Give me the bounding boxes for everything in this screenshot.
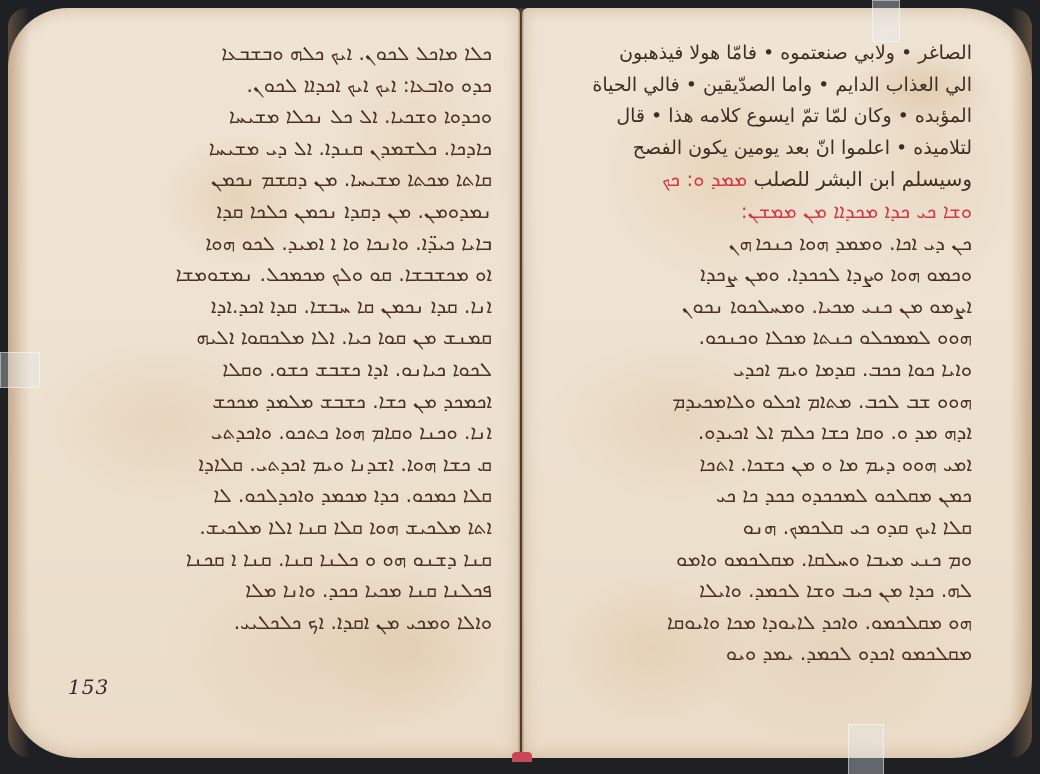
text-line: ܦܟܠܢܐ ܩܢܐ ܡܟܝܐ ܟܟܕ. ܘܐܢܐ ܡܠܐ [112, 575, 492, 607]
arabic-text-line: لتلاميذه • اعلموا انّ بعد يومين يكون الف… [556, 133, 972, 165]
book-gutter [518, 8, 524, 758]
text-line: ܐܡܝ ܗܘܘ ܕܝܡ ܡܐ ܘ ܡܢ ܟܫܟܐ. ܐܬܟܐ [556, 449, 972, 481]
text-line: ܢܡܕܘܡܢ. ܡܢ ܕܩܕܐ ܢܟܡܢ ܟܠܟܐ ܩܕܐ [112, 196, 492, 228]
text-line: ܘܟܡܘ ܗܘܐ ܘܨܕܐ ܠܟܟܕܐ. ܘܡܢ ܨܟܕܐ [556, 259, 972, 291]
text-line: ܟܠܐ ܡܐܟܠ ܠܟܘܢ. ܐܝܟ ܟܠܗ ܘܒܫܒܥܐ [112, 38, 492, 70]
text-line-with-red-punctuation: ܠܟܘܐ ܟܝܐܢܘ. ܐܕܐ ܟܫܒܫ ܟܫܘ. ܘܩܠܐ [112, 354, 492, 386]
text-line: ܐܟܡܟܕ ܡܢ ܟܫܐ. ܟܫܒܫ ܡܠܡܕ ܡܟܟܫ [112, 386, 492, 418]
text-line: ܐܢܐ. ܘܟܢܐ ܘܩܐܡ ܗܘܐ ܟܬܟܘ. ܘܐܟܕܬܝ [112, 417, 492, 449]
text-line: ܗܘܘ ܠܡܡܟܠܘ ܟܢܬܐ ܡܟܠܐ ܘܟܢܟܘ. [556, 322, 972, 354]
rubric-line: ܘܫܐ ܟܝ ܟܕܐ ܡܟܕܐܐ ܡܢ ܡܡܫܢ: [556, 196, 972, 228]
text-line: ܩܠܐ ܟܡܟܘ. ܟܕܐ ܡܟܡܕ ܘܐܟܕܠܟܘ. ܠܐ [112, 480, 492, 512]
text-line: ܒܐܝܐ ܟܝܕ̈ܐ. ܘܐܢܟܐ ܘܐ ܐ ܐܡܝܕ. ܠܟܘ ܗܘܐ [112, 228, 492, 260]
text-line: ܘܐܠܐ ܘܡܟܝ ܡܢ ܐܩܕܐ. ܐܟ ܟܠܟܠܝܝ. [112, 607, 492, 639]
page-clip [872, 0, 900, 42]
text-line: ܡܩܠܟܡܘ ܐܟܕܘ ܠܟܡܕ. ܝܡܕ ܘܝܘ [556, 638, 972, 670]
right-page-text: الصاغر • ولابي صنعتموه • فامّا هولا فيذه… [556, 38, 972, 670]
text-line: ܐܢܐ. ܩܕܐ ܢܟܡܢ ܩܐ ܚܒܫܐ. ܩܕܐ ܐܟܕ.ܐܕܐ [112, 291, 492, 323]
text-line: ܠܗ. ܟܕܐ ܡܢ ܟܝܒ ܘܫܐ ܠܟܡܕ. ܘܐܝܠܐ [556, 575, 972, 607]
text-line: ܗܘܘ ܫܒ ܠܟܒ. ܡܬܐܡ ܐܟܠܘ ܘܠܐܡܟܝܕܡ [556, 386, 972, 418]
text-line: ܩܠܐ ܐܝܟ ܩܕܘ ܟܝ ܩܠܟܡܟ. ܗܢܘ [556, 512, 972, 544]
text-line: ܐܘ ܡܟܫܒܫܐ. ܩܘ ܘܠܟ ܡܟܡܟܠ. ܢܡܫܘܡܫܐ [112, 259, 492, 291]
page-clip [0, 352, 40, 388]
arabic-text-line: الي العذاب الدايم • واما الصدّيقين • فال… [556, 70, 972, 102]
open-manuscript: ܟܠܐ ܡܐܟܠ ܠܟܘܢ. ܐܝܟ ܟܠܗ ܘܒܫܒܥܐ ܟܕܘ ܘܐܒܥܐ:… [0, 0, 1040, 774]
arabic-text: وسيسلم ابن البشر للصلب [753, 167, 972, 191]
text-line: ܩܢܐ ܕܫܢܘ ܗܘ ܘ ܟܠܢܐ ܩܢܐ. ܩܢܐ ܐ ܩܟܢܐ [112, 544, 492, 576]
text-line: ܘܐܝܐ ܟܘܐ ܟܟܒ. ܩܕܡܐ ܘܝܡ ܐܟܕܝ [556, 354, 972, 386]
left-page-text: ܟܠܐ ܡܐܟܠ ܠܟܘܢ. ܐܝܟ ܟܠܗ ܘܒܫܒܥܐ ܟܕܘ ܘܐܒܥܐ:… [112, 38, 492, 638]
text-line: ܐܨܡܘ ܡܢ ܟܢܝ ܡܟܝܐ. ܘܡܚܠܟܘܐ ܢܟܘܢ [556, 291, 972, 323]
text-line: ܩܐܬܐ ܡܟܬܐ ܡܫܝܚܐ. ܡܢ ܕܩܫܡ ܢܟܡܢ [112, 164, 492, 196]
text-line: ܟܡܢ ܡܩܠܟܘ ܠܡܟܟܕܘ ܟܟܕ ܟܐ ܟܝ [556, 480, 972, 512]
text-line: ܐܬܐ ܡܠܟܝܫ ܗܘܐ ܩܠܐ ܩܢܐ ܐܠܐ ܡܠܟܝܫ. [112, 512, 492, 544]
text-line: ܟܢ ܕܝ ܐܟܐ. ܘܡܡܕ ܗܘܐ ܟܢܟܐ ܗܢ [556, 228, 972, 260]
mixed-text-line: وسيسلم ابن البشر للصلب ܡܡܕ ܘ: ܟܟ [556, 164, 972, 196]
text-line: ܐܕܗ ܡܕ ܘ. ܘܩܐ ܟܫܐ ܟܠܡ ܐܠ ܐܟܝܕܘ. [556, 417, 972, 449]
rubric-text: ܡܡܕ ܘ: ܟܟ [662, 167, 747, 191]
text-line: ܘܡ ܟܢܝ ܡܝܒܐ ܘܚܠܩܐ. ܡܩܠܟܡܘ ܘܐܡܘ [556, 544, 972, 576]
text-line: ܘܟܕܘܐ ܘܫܟܝܐ. ܐܠ ܟܠ ܢܟܠܐ ܡܫܝܚܐ [112, 101, 492, 133]
arabic-text-line: الصاغر • ولابي صنعتموه • فامّا هولا فيذه… [556, 38, 972, 70]
spine-red-thread [512, 752, 532, 762]
page-clip [848, 724, 884, 774]
text-line: ܗܘ ܡܩܠܟܡܘ. ܘܐܟܕ ܠܐܝܘܕܐ ܡܟܐ ܘܐܝܘܩܐ [556, 607, 972, 639]
folio-number: 153 [68, 675, 109, 699]
text-line: ܟܐܕܟܐ. ܟܠܫܡܕܢ ܩܢܕܐ. ܐܠ ܕܝ ܡܫܝܚܐ [112, 133, 492, 165]
arabic-text-line: المؤبده • وكان لمّا تمّ ايسوع كلامه هذا … [556, 101, 972, 133]
text-line: ܩ ܟܫܐ ܗܘܐ. ܐܫܕܢܐ ܘܝܡ ܐܟܕܬܝ. ܩܠܐܕܐ [112, 449, 492, 481]
text-line: ܩܡܢܫ ܡܢ ܩܘܐ ܟܝܐ. ܐܠܐ ܡܠܟܩܘܐ ܐܠܝܗ [112, 322, 492, 354]
text-line: ܟܕܘ ܘܐܒܥܐ: ܐܝܟ ܐܝܟ ܐܟܕܐܐ ܠܟܘܢ. [112, 70, 492, 102]
